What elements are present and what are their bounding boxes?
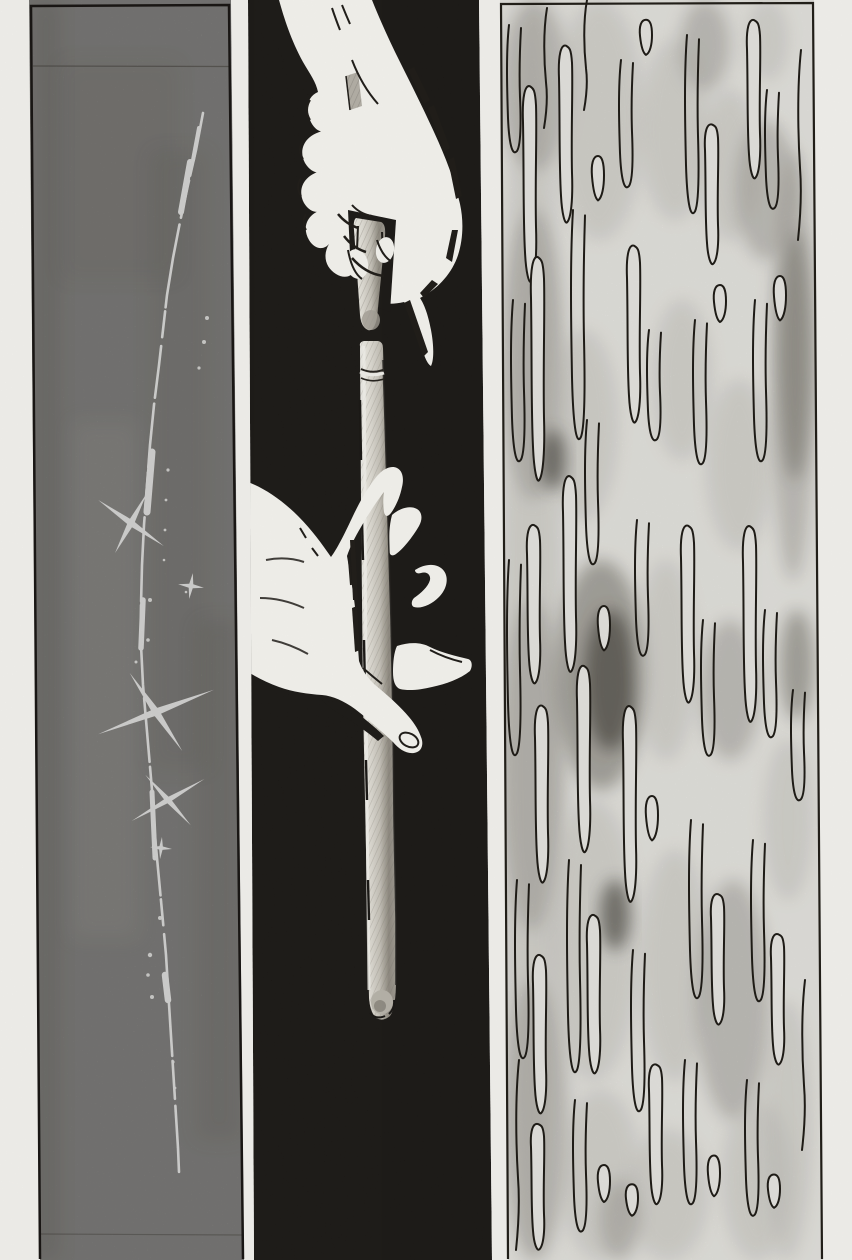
comic-artwork	[0, 0, 852, 1260]
manga-page	[0, 0, 852, 1260]
page-grain	[0, 0, 852, 1260]
